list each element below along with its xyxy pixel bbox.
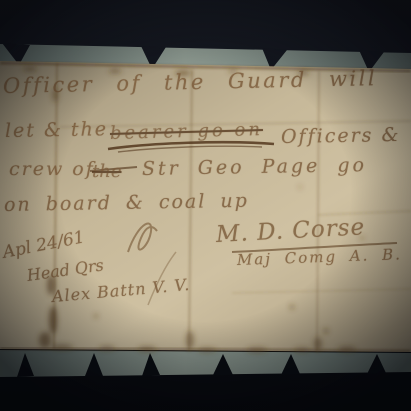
- handwriting-line2-start: let & the: [5, 118, 108, 142]
- photo-scene: Officer of the Guard will let & the bear…: [0, 0, 411, 411]
- handwriting-line4: on board & coal up: [4, 190, 249, 216]
- bottom-tape-hinge: [0, 350, 411, 377]
- handwriting-line3-start: crew of: [9, 158, 95, 180]
- handwriting-line2-struck-text: bearer go on: [110, 119, 263, 144]
- handwriting-line2-end: Officers &: [281, 124, 401, 148]
- handwriting-line3-struck-text: the: [92, 161, 121, 182]
- handwriting-line3-end: Str Geo Page go: [142, 154, 367, 180]
